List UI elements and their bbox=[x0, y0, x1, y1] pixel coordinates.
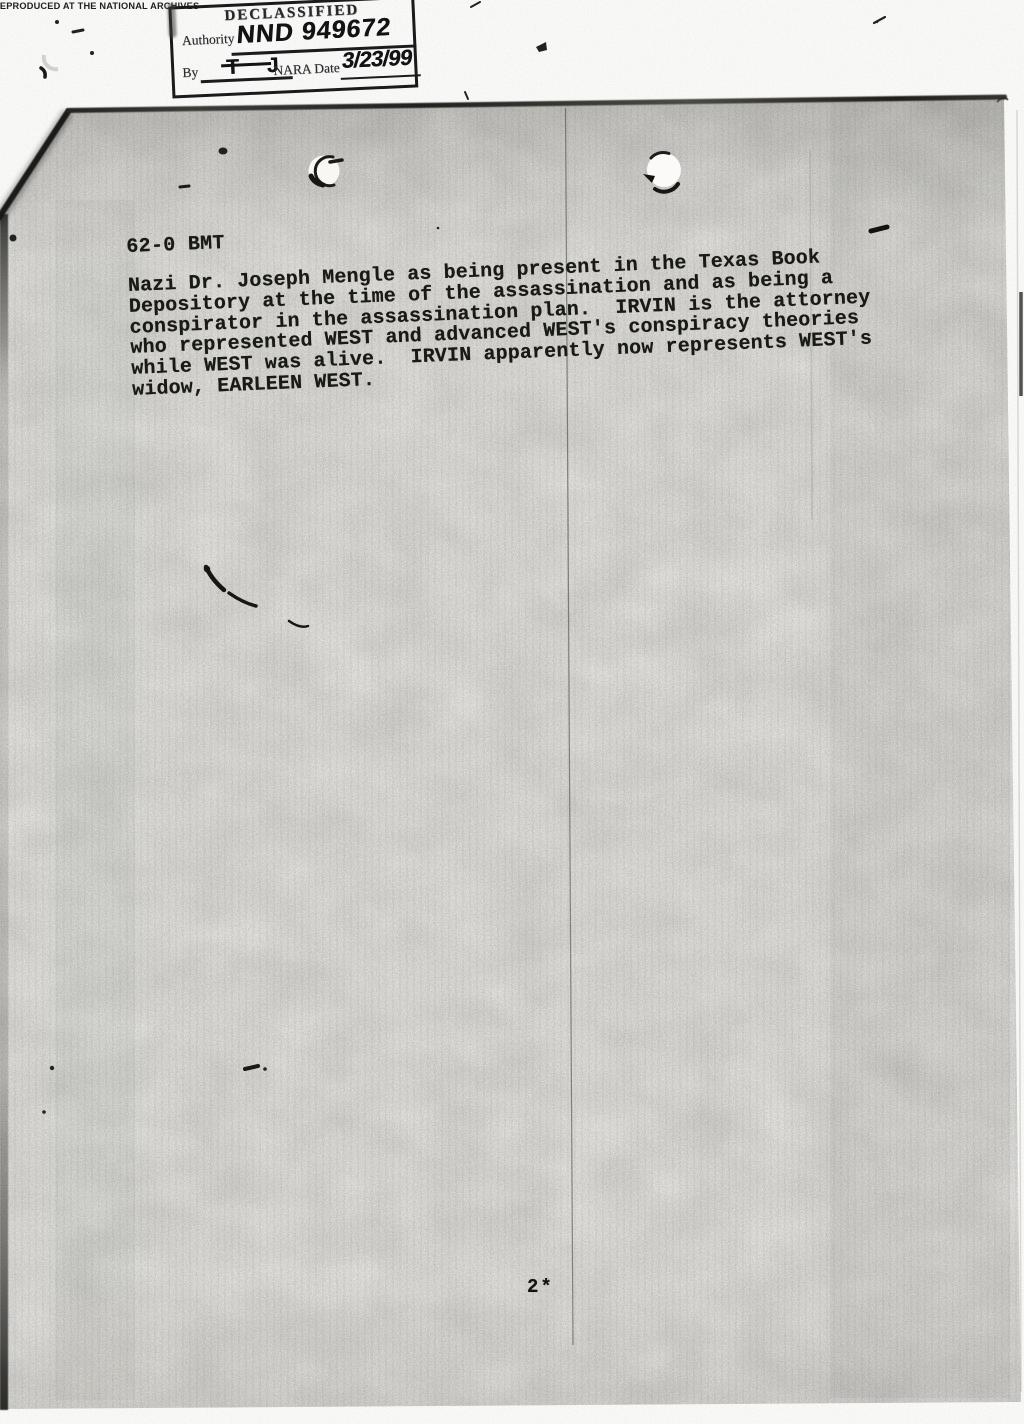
stamp-by-label: By bbox=[182, 64, 198, 80]
stamp-authority-label: Authority bbox=[182, 31, 235, 48]
sheet-left-edge bbox=[0, 214, 8, 1410]
stamp-date-label: NARA Date bbox=[273, 60, 340, 78]
typed-text-block: 62-0 BMT Nazi Dr. Joseph Mengle as being… bbox=[126, 207, 873, 402]
stamp-date-value: 3/23/99 bbox=[341, 45, 414, 74]
scanned-document-page: REPRODUCED AT THE NATIONAL ARCHIVES DECL… bbox=[0, 0, 1024, 1424]
page-number: 2* bbox=[527, 1276, 554, 1298]
margin-grain-texture bbox=[0, 0, 1024, 1424]
declassification-stamp: DECLASSIFIED Authority NND 949672 By T J… bbox=[168, 0, 418, 99]
stamp-date-underline bbox=[341, 74, 421, 80]
